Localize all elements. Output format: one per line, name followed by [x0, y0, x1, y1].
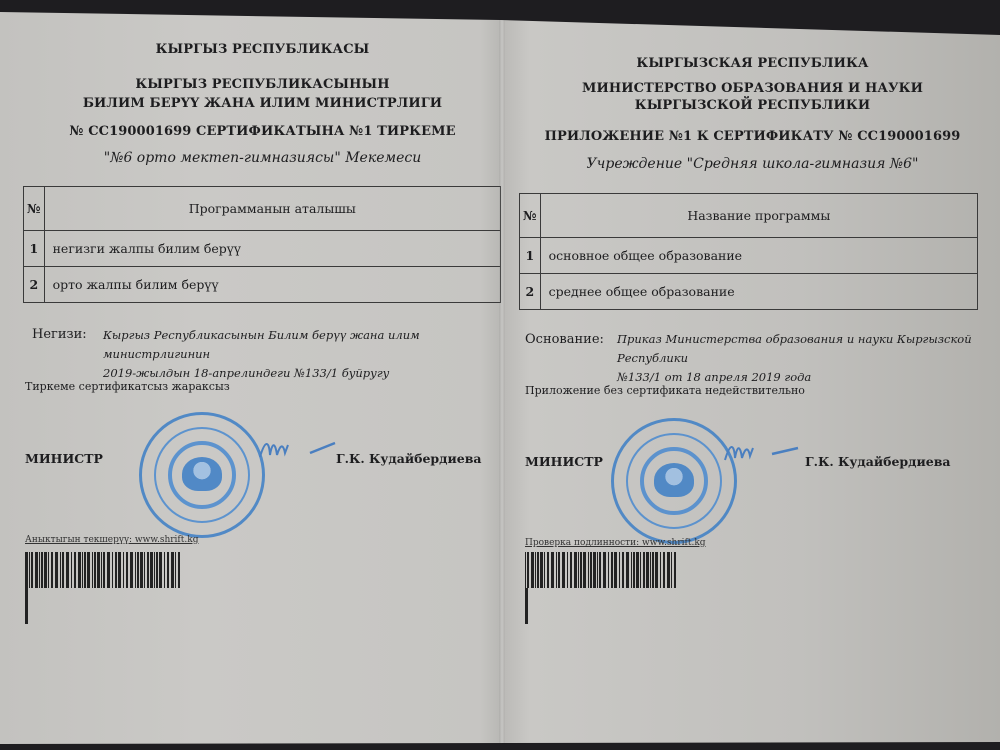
official-seal-icon — [611, 418, 737, 544]
barcode-icon — [525, 552, 680, 588]
programs-table: № Название программы 1 основное общее об… — [519, 193, 978, 310]
signer-name: Г.К. Кудайбердиева — [336, 451, 482, 466]
row-number: 2 — [520, 274, 541, 310]
row-number: 1 — [24, 231, 45, 267]
signature-icon — [720, 438, 810, 468]
table-row: 2 орто жалпы билим берүү — [24, 267, 501, 303]
basis-text: Приказ Министерства образования и науки … — [617, 330, 1000, 387]
validity-note: Тиркеме сертификатсыз жараксыз — [25, 380, 230, 393]
verification-link[interactable]: Проверка подлинности: www.shrift.kg — [525, 538, 706, 548]
state-emblem-icon — [654, 463, 694, 497]
ministry-line-1: МИНИСТЕРСТВО ОБРАЗОВАНИЯ И НАУКИ — [505, 81, 1000, 96]
institution-name: "№6 орто мектеп-гимназиясы" Мекемеси — [0, 150, 515, 166]
row-number: 2 — [24, 267, 45, 303]
column-header-number: № — [520, 194, 541, 238]
signature-icon — [255, 435, 345, 465]
state-emblem-icon — [182, 457, 222, 491]
column-header-program: Название программы — [540, 194, 977, 238]
basis-text: Кыргыз Республикасынын Билим берүү жана … — [103, 326, 505, 383]
barcode-icon — [25, 552, 183, 588]
signer-name: Г.К. Кудайбердиева — [805, 454, 951, 469]
program-name: негизги жалпы билим берүү — [44, 231, 500, 267]
table-header-row: № Программанын аталышы — [24, 187, 501, 231]
country-title: КЫРГЫЗСКАЯ РЕСПУБЛИКА — [505, 56, 1000, 71]
table-row: 2 среднее общее образование — [520, 274, 978, 310]
institution-name: Учреждение "Средняя школа-гимназия №6" — [505, 156, 1000, 172]
verification-link[interactable]: Аныктыгын текшерүү: www.shrift.kg — [25, 535, 198, 545]
official-seal-icon — [139, 412, 265, 538]
appendix-title: ПРИЛОЖЕНИЕ №1 К СЕРТИФИКАТУ № СС19000169… — [505, 129, 1000, 144]
ministry-line-1: КЫРГЫЗ РЕСПУБЛИКАСЫНЫН — [0, 77, 515, 92]
validity-note: Приложение без сертификата недействитель… — [525, 384, 805, 397]
left-page-kyrgyz: КЫРГЫЗ РЕСПУБЛИКАСЫ КЫРГЫЗ РЕСПУБЛИКАСЫН… — [0, 0, 505, 750]
minister-label: МИНИСТР — [25, 451, 103, 466]
minister-label: МИНИСТР — [525, 454, 603, 469]
column-header-number: № — [24, 187, 45, 231]
basis-line-1: Приказ Министерства образования и науки … — [617, 330, 1000, 368]
programs-table: № Программанын аталышы 1 негизги жалпы б… — [23, 186, 501, 303]
program-name: среднее общее образование — [540, 274, 977, 310]
certificate-spread: КЫРГЫЗ РЕСПУБЛИКАСЫ КЫРГЫЗ РЕСПУБЛИКАСЫН… — [0, 0, 1000, 750]
program-name: орто жалпы билим берүү — [44, 267, 500, 303]
table-row: 1 основное общее образование — [520, 238, 978, 274]
table-row: 1 негизги жалпы билим берүү — [24, 231, 501, 267]
table-header-row: № Название программы — [520, 194, 978, 238]
basis-label: Основание: — [525, 332, 604, 347]
country-title: КЫРГЫЗ РЕСПУБЛИКАСЫ — [0, 42, 515, 57]
ministry-line-2: БИЛИМ БЕРҮҮ ЖАНА ИЛИМ МИНИСТРЛИГИ — [0, 96, 515, 111]
right-page-russian: КЫРГЫЗСКАЯ РЕСПУБЛИКА МИНИСТЕРСТВО ОБРАЗ… — [505, 0, 1000, 750]
basis-label: Негизи: — [32, 327, 87, 342]
ministry-line-2: КЫРГЫЗСКОЙ РЕСПУБЛИКИ — [505, 98, 1000, 113]
program-name: основное общее образование — [540, 238, 977, 274]
appendix-title: № СС190001699 СЕРТИФИКАТЫНА №1 ТИРКЕМЕ — [0, 124, 515, 139]
row-number: 1 — [520, 238, 541, 274]
column-header-program: Программанын аталышы — [44, 187, 500, 231]
basis-line-1: Кыргыз Республикасынын Билим берүү жана … — [103, 326, 505, 364]
